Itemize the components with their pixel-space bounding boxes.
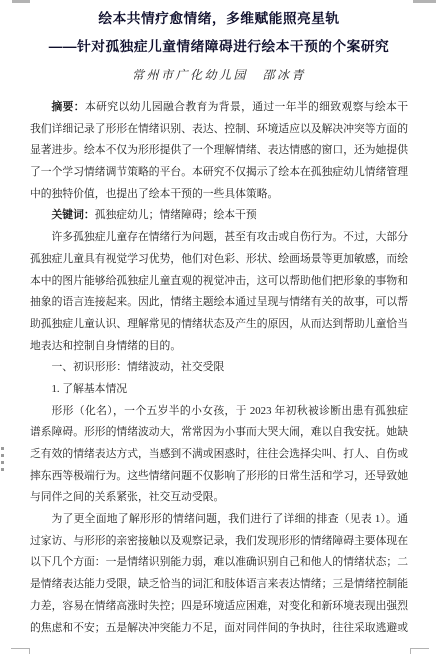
body-line: 过家访、与形形的亲密接触以及观察记录，我们发现形形的情绪障碍主要体现在 <box>30 531 408 553</box>
intro-line: 地表达和控制自身情绪的目的。 <box>30 336 408 358</box>
text-boundary-mark-bottom-right <box>410 648 429 654</box>
abstract-line: 摘要：本研究以幼儿园融合教育为背景，通过一年半的细致观察与绘本干预， <box>30 97 408 119</box>
abstract-line: 中的独特价值，也提出了绘本干预的一些具体策略。 <box>30 184 408 206</box>
text-boundary-mark-bottom-left <box>11 648 30 654</box>
intro-line: 助孤独症儿童认识、理解常见的情绪状态及产生的原因，从而达到帮助儿童恰当 <box>30 314 408 336</box>
abstract-line: 显著进步。绘本不仅为形形提供了一个理解情绪、表达情感的窗口，还为她提供 <box>30 140 408 162</box>
body-line: 力差，容易在情绪高涨时失控；四是环境适应困难，对变化和新环境表现出强烈 <box>30 596 408 618</box>
subsection-heading: 1. 了解基本情况 <box>30 379 408 401</box>
intro-line: 许多孤独症儿童存在情绪行为问题，甚至有攻击或自伤行为。不过，大部分 <box>30 227 408 249</box>
edge-dot <box>1 447 4 450</box>
text-boundary-mark-top-left <box>12 0 30 3</box>
body-line: 与同伴之间的关系紧张，社交互动受限。 <box>30 487 408 509</box>
body-line: 是情绪表达能力受限，缺乏恰当的词汇和肢体语言来表达情绪；三是情绪控制能 <box>30 574 408 596</box>
keywords-line: 关键词：孤独症幼儿；情绪障碍；绘本干预 <box>30 205 408 227</box>
edge-dot <box>1 454 4 457</box>
author-byline: 常州市广化幼儿园 邵冰青 <box>0 64 438 86</box>
intro-line: 本中的图片能够给孤独症儿童直观的视觉冲击，这可以帮助他们把形象的事物和 <box>30 271 408 293</box>
section-heading: 一、初识形形：情绪波动，社交受限 <box>30 357 408 379</box>
abstract-line: 我们详细记录了形形在情绪识别、表达、控制、环境适应以及解决冲突等方面的 <box>30 119 408 141</box>
edge-dot <box>1 468 4 471</box>
body-line: 形形（化名），一个五岁半的小女孩，于 2023 年初秋被诊断出患有孤独症 <box>30 401 408 423</box>
intro-line: 孤独症儿童具有视觉学习优势，他们对色彩、形状、绘画场景等更加敏感，而绘 <box>30 249 408 271</box>
body-line: 摔东西等极端行为。这些情绪问题不仅影响了形形的日常生活和学习，还导致她 <box>30 466 408 488</box>
intro-line: 抽象的语言连接起来。因此，情绪主题绘本通过呈现与情绪有关的故事，可以帮 <box>30 292 408 314</box>
body-line: 乏有效的情绪表达方式，当感到不满或困惑时，往往会选择尖叫、打人、自伤或 <box>30 444 408 466</box>
body-text: 摘要：本研究以幼儿园融合教育为背景，通过一年半的细致观察与绘本干预，我们详细记录… <box>30 97 408 639</box>
body-line: 谱系障碍。形形的情绪波动大，常常因为小事而大哭大闹，难以自我安抚。她缺 <box>30 422 408 444</box>
abstract-line: 了一个学习情绪调节策略的平台。本研究不仅揭示了绘本在孤独症幼儿情绪管理 <box>30 162 408 184</box>
body-line: 以下几个方面：一是情绪识别能力弱，难以准确识别自己和他人的情绪状态；二 <box>30 552 408 574</box>
document-subtitle: ——针对孤独症儿童情绪障碍进行绘本干预的个案研究 <box>0 34 438 60</box>
body-line: 为了更全面地了解形形的情绪问题，我们进行了详细的排查（见表 1）。通 <box>30 509 408 531</box>
edge-dot <box>1 461 4 464</box>
text-boundary-mark-top-right <box>413 0 436 3</box>
document-page: 绘本共情疗愈情绪，多维赋能照亮星轨 ——针对孤独症儿童情绪障碍进行绘本干预的个案… <box>0 0 438 657</box>
document-title: 绘本共情疗愈情绪，多维赋能照亮星轨 <box>0 6 438 32</box>
body-line: 的焦虑和不安；五是解决冲突能力不足，面对同伴间的争执时，往往采取逃避或 <box>30 618 408 640</box>
